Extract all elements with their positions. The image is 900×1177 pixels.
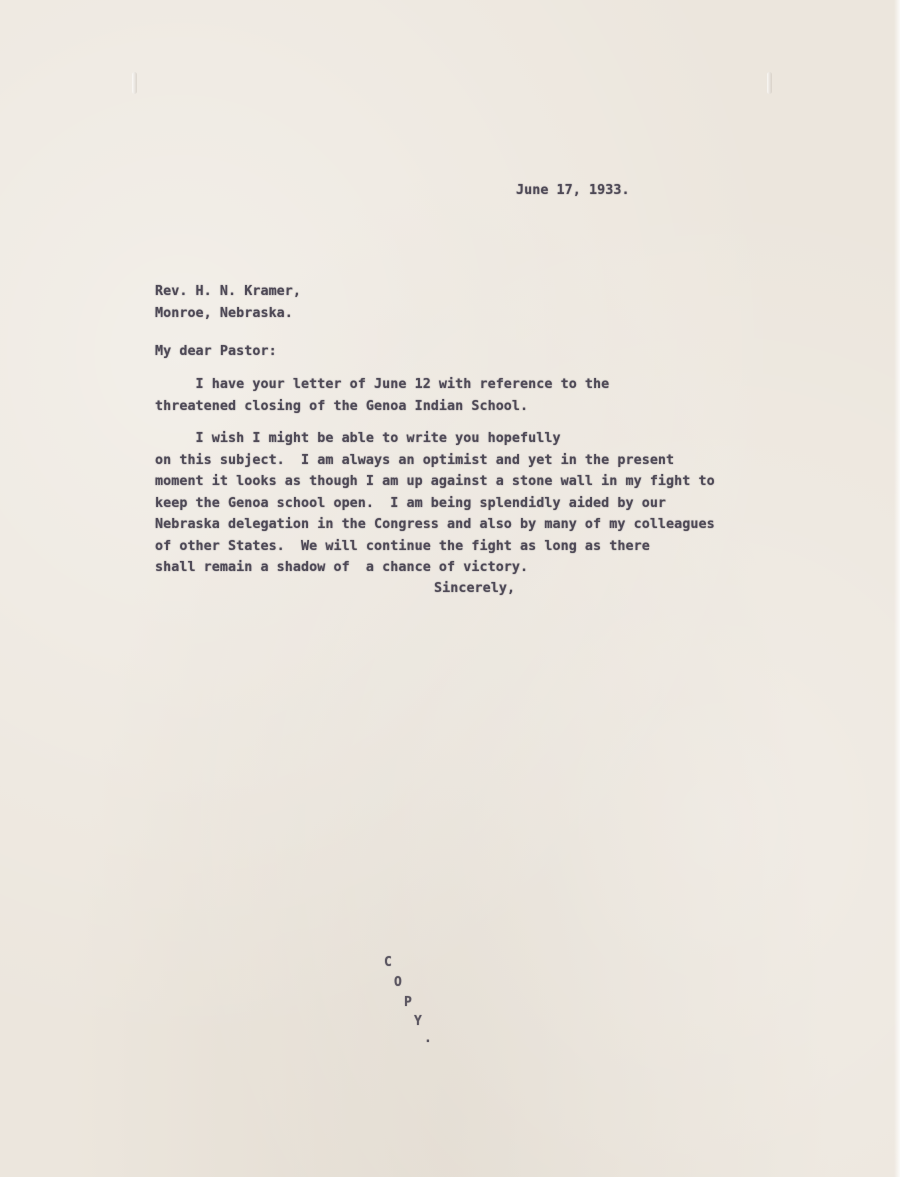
paper-indentation-mark bbox=[767, 72, 772, 94]
copy-letter: . bbox=[424, 1031, 432, 1046]
copy-letter: Y bbox=[414, 1014, 422, 1029]
paragraph-line: threatened closing of the Genoa Indian S… bbox=[155, 399, 528, 414]
paragraph-line: on this subject. I am always an optimist… bbox=[155, 453, 674, 468]
recipient-name: Rev. H. N. Kramer, bbox=[155, 284, 301, 299]
paragraph-line: Nebraska delegation in the Congress and … bbox=[155, 517, 715, 532]
copy-letter: O bbox=[394, 975, 402, 990]
paragraph-line: keep the Genoa school open. I am being s… bbox=[155, 496, 666, 511]
paragraph-line: I wish I might be able to write you hope… bbox=[155, 431, 561, 446]
paragraph-line: of other States. We will continue the fi… bbox=[155, 539, 650, 554]
closing: Sincerely, bbox=[434, 578, 515, 600]
paragraph-line: moment it looks as though I am up agains… bbox=[155, 474, 715, 489]
copy-mark: C O P Y . bbox=[380, 955, 460, 1055]
recipient-location: Monroe, Nebraska. bbox=[155, 306, 293, 321]
paragraph-line: I have your letter of June 12 with refer… bbox=[155, 377, 609, 392]
paragraph-line: shall remain a shadow of a chance of vic… bbox=[155, 560, 528, 575]
letter-page: June 17, 1933. Rev. H. N. Kramer, Monroe… bbox=[0, 0, 900, 1177]
paper-indentation-mark bbox=[132, 72, 137, 94]
copy-letter: P bbox=[404, 995, 412, 1010]
paragraph-2: I wish I might be able to write you hope… bbox=[155, 428, 715, 579]
copy-letter: C bbox=[384, 955, 392, 970]
paragraph-1: I have your letter of June 12 with refer… bbox=[155, 374, 609, 417]
letter-date: June 17, 1933. bbox=[516, 180, 630, 202]
recipient-address: Rev. H. N. Kramer, Monroe, Nebraska. bbox=[155, 281, 301, 324]
salutation: My dear Pastor: bbox=[155, 341, 277, 363]
